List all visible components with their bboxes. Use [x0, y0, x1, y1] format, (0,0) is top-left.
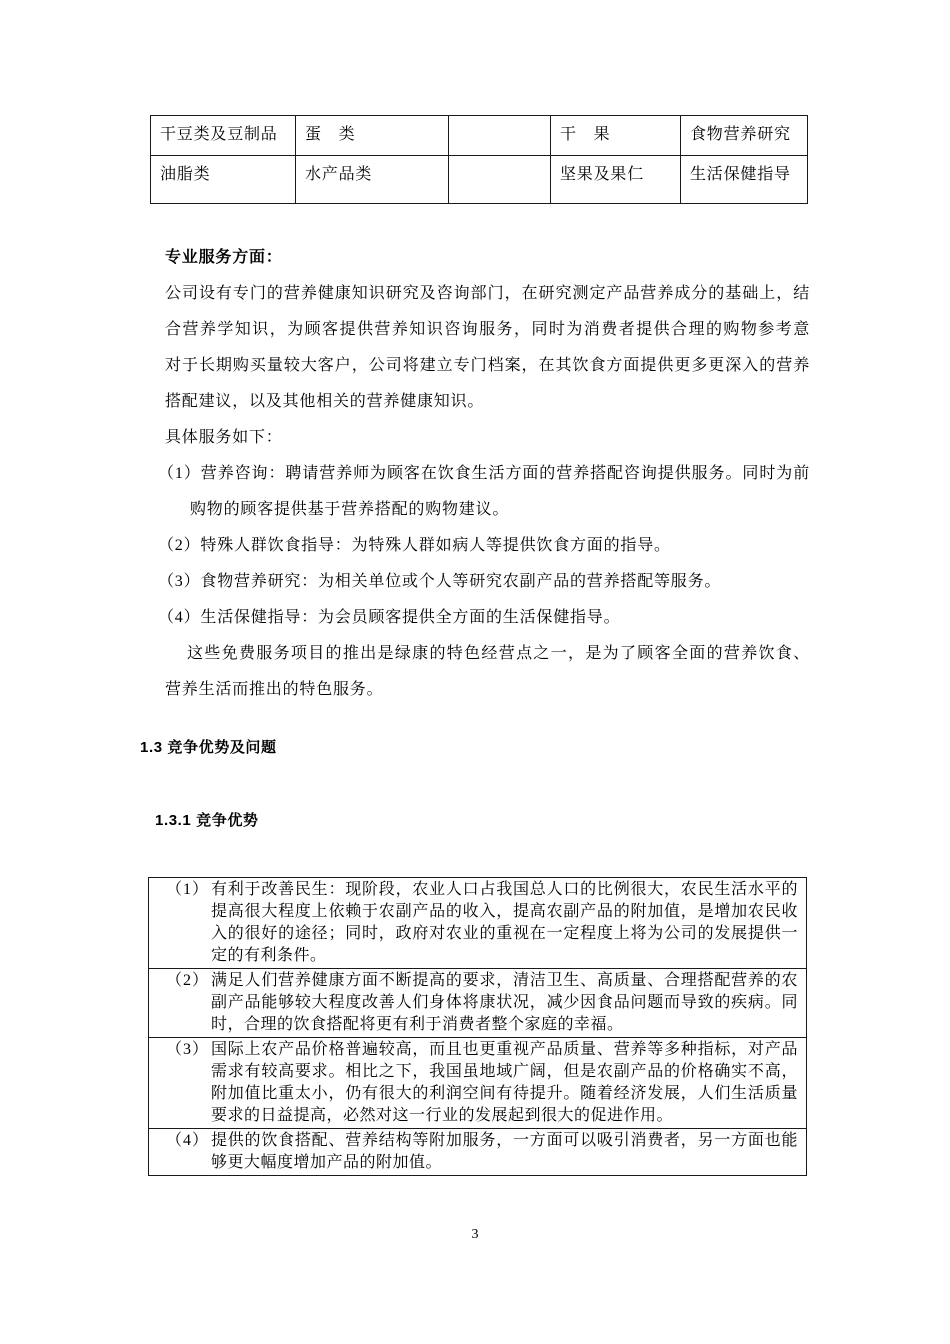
advantages-table: （1） 有利于改善民生：现阶段，农业人口占我国总人口的比例很大，农民生活水平的提… — [148, 877, 807, 1176]
table-row: 油脂类 水产品类 坚果及果仁 生活保健指导 — [151, 156, 808, 204]
food-category-table: 干豆类及豆制品 蛋 类 干 果 食物营养研究 油脂类 水产品类 坚果及果仁 生活… — [150, 115, 808, 204]
table-cell: 蛋 类 — [296, 116, 449, 156]
table-cell: 生活保健指导 — [681, 156, 808, 204]
table-row: （2） 满足人们营养健康方面不断提高的要求，清洁卫生、高质量、合理搭配营养的农副… — [149, 969, 806, 1038]
table-cell: 食物营养研究 — [681, 116, 808, 156]
advantage-text: 满足人们营养健康方面不断提高的要求，清洁卫生、高质量、合理搭配营养的农副产品能够… — [211, 970, 806, 1036]
table-cell: 干豆类及豆制品 — [151, 116, 296, 156]
list-item-line: （1）营养咨询：聘请营养师为顾客在饮食生活方面的营养搭配咨询提供服务。同时为前来 — [158, 456, 810, 492]
list-item-line: （2）特殊人群饮食指导：为特殊人群如病人等提供饮食方面的指导。 — [158, 528, 810, 564]
advantage-text: 有利于改善民生：现阶段，农业人口占我国总人口的比例很大，农民生活水平的提高很大程… — [211, 879, 806, 967]
table-cell: 油脂类 — [151, 156, 296, 204]
table-cell: 水产品类 — [296, 156, 449, 204]
paragraph-line: 公司设有专门的营养健康知识研究及咨询部门，在研究测定产品营养成分的基础上，结 — [165, 276, 810, 312]
paragraph-line: 具体服务如下： — [165, 420, 810, 456]
advantage-number: （3） — [166, 1039, 211, 1127]
table-cell — [449, 156, 551, 204]
paragraph-line: 合营养学知识，为顾客提供营养知识咨询服务，同时为消费者提供合理的购物参考意见。 — [165, 312, 810, 348]
table-row: （3） 国际上农产品价格普遍较高，而且也更重视产品质量、营养等多种指标，对产品需… — [149, 1038, 806, 1129]
table-row: （1） 有利于改善民生：现阶段，农业人口占我国总人口的比例很大，农民生活水平的提… — [149, 878, 806, 969]
table-cell: 坚果及果仁 — [551, 156, 681, 204]
services-heading: 专业服务方面： — [165, 240, 810, 276]
document-page: 干豆类及豆制品 蛋 类 干 果 食物营养研究 油脂类 水产品类 坚果及果仁 生活… — [0, 0, 950, 1344]
advantage-number: （1） — [166, 879, 211, 967]
page-number: 3 — [0, 1227, 950, 1243]
paragraph-line: 营养生活而推出的特色服务。 — [165, 672, 810, 708]
advantage-number: （2） — [166, 970, 211, 1036]
paragraph-line: 搭配建议，以及其他相关的营养健康知识。 — [165, 384, 810, 420]
list-item-line: （4）生活保健指导：为会员顾客提供全方面的生活保健指导。 — [158, 600, 810, 636]
table-cell: 干 果 — [551, 116, 681, 156]
heading-1-3-1: 1.3.1 竞争优势 — [155, 809, 259, 830]
paragraph-line: 对于长期购买量较大客户，公司将建立专门档案，在其饮食方面提供更多更深入的营养 — [165, 348, 810, 384]
table-row: 干豆类及豆制品 蛋 类 干 果 食物营养研究 — [151, 116, 808, 156]
heading-1-3: 1.3 竞争优势及问题 — [140, 736, 277, 757]
advantage-text: 国际上农产品价格普遍较高，而且也更重视产品质量、营养等多种指标，对产品需求有较高… — [211, 1039, 806, 1127]
advantage-number: （4） — [166, 1130, 211, 1174]
services-section: 专业服务方面： 公司设有专门的营养健康知识研究及咨询部门，在研究测定产品营养成分… — [165, 240, 810, 708]
table-row: （4） 提供的饮食搭配、营养结构等附加服务，一方面可以吸引消费者，另一方面也能够… — [149, 1129, 806, 1175]
list-item-line: （3）食物营养研究：为相关单位或个人等研究农副产品的营养搭配等服务。 — [158, 564, 810, 600]
table-cell — [449, 116, 551, 156]
advantage-text: 提供的饮食搭配、营养结构等附加服务，一方面可以吸引消费者，另一方面也能够更大幅度… — [211, 1130, 806, 1174]
paragraph-line: 这些免费服务项目的推出是绿康的特色经营点之一，是为了顾客全面的营养饮食、 — [165, 636, 810, 672]
list-item-line: 购物的顾客提供基于营养搭配的购物建议。 — [165, 492, 810, 528]
